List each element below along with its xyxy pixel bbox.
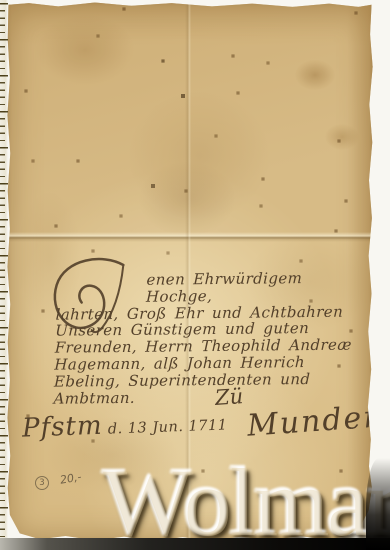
ruler-tick-marks bbox=[0, 3, 8, 542]
scanner-ruler bbox=[0, 0, 8, 550]
scanner-bottom-shadow bbox=[0, 538, 390, 550]
aged-paper-sheet: D enen Ehrwürdigem Hochge, lahrten, Groß… bbox=[7, 2, 373, 542]
scanner-corner-shadow bbox=[366, 458, 390, 550]
dateline: Pfstm d. 13 Jun. 1711 bbox=[22, 406, 228, 443]
scanned-letter-page: D enen Ehrwürdigem Hochge, lahrten, Groß… bbox=[0, 0, 390, 550]
dateline-date: d. 13 Jun. 1711 bbox=[108, 417, 228, 437]
pencil-price-note: 20,- bbox=[59, 470, 82, 487]
dateline-place: Pfstm bbox=[22, 411, 104, 444]
script-line: enen Ehrwürdigem Hochge, bbox=[56, 269, 375, 306]
pencil-circled-number: 3 bbox=[35, 476, 49, 490]
